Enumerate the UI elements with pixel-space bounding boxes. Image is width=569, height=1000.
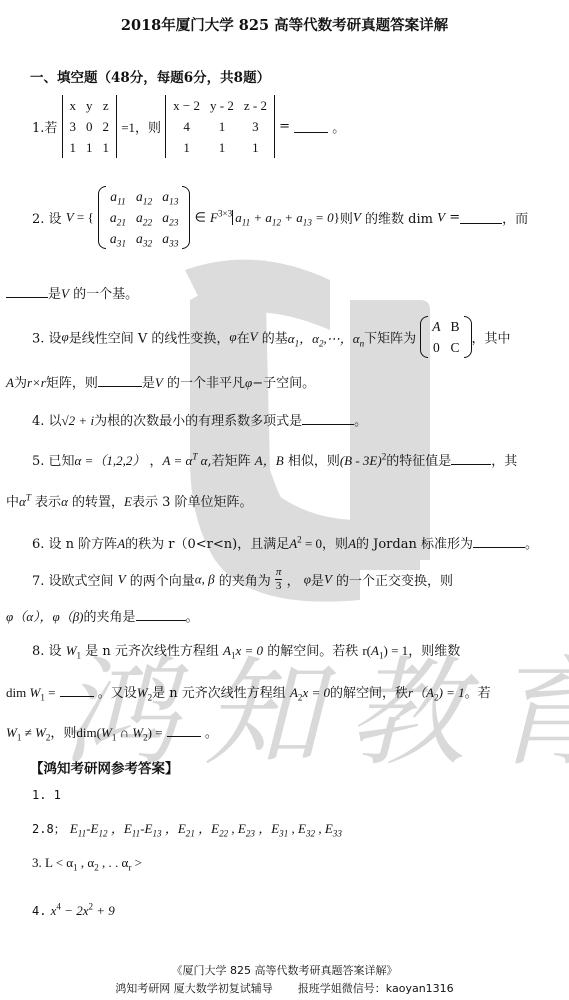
answers-heading: 【鸿知考研网参考答案】 <box>30 757 179 777</box>
q2-V: V <box>66 210 74 225</box>
q1-equals-2: = <box>279 119 290 134</box>
q3-text3: 的基 <box>262 332 288 347</box>
q3-text1: 是线性空间 V 的线性变换， <box>69 332 230 347</box>
q6-cond2: = 0 <box>302 536 322 551</box>
q3-text2: 在 <box>237 332 250 347</box>
answer-4-prefix: 4. <box>32 904 46 918</box>
question-8: 8. 设 W1 是 n 元齐次线性方程组 A1x = 0 的解空间。若秩 r(A… <box>32 640 460 659</box>
q8-rank2: r（A2) = 1 <box>408 685 465 700</box>
q3-line2-text4: 的一个非平凡 <box>167 376 245 391</box>
q8-end: 。 <box>205 726 218 741</box>
q5-alpha-def: α =（1,2,2） <box>75 453 146 468</box>
q2-dim-text: 的维数 dim <box>365 212 433 227</box>
q5-text1: ,若矩阵 <box>208 454 251 469</box>
q1-answer-blank <box>294 120 328 133</box>
question-7: 7. 设欧式空间 V 的两个向量α, β 的夹角为 π3 ， φ是V 的一个正交… <box>32 566 453 593</box>
answer-1: 1. 1 <box>32 788 61 802</box>
q3-block-matrix: AB 0C <box>420 316 471 358</box>
q5-answer-blank <box>451 452 491 465</box>
q6-prefix: 6. 设 n 阶方阵 <box>32 537 117 552</box>
q1-determinant-2: x − 2y - 2z - 2 413 111 <box>165 95 275 158</box>
question-4: 4. 以√2 + i为根的次数最小的有理系数多项式是。 <box>32 410 367 429</box>
q2-tail: ，而 <box>502 212 528 227</box>
q8-text2: 的解空间。若秩 <box>267 644 358 659</box>
q6-text3: 的 Jordan 标准形为 <box>356 537 473 552</box>
q8-line2-text2: 是 n 元齐次线性方程组 <box>152 686 286 701</box>
q3-basis: α1，α2,⋯，αn <box>288 331 364 346</box>
q8-system1: A1x = 0 <box>223 643 263 658</box>
q3-text4: 下矩阵为 <box>364 332 416 347</box>
q8-dim-W1: dim W1 = <box>6 685 55 700</box>
q6-A: A <box>117 536 125 551</box>
q2-condition: a11 + a12 + a13 = 0 <box>232 210 333 225</box>
q5-alphaT: αT <box>19 494 31 509</box>
q2-in: ∈ <box>195 210 206 225</box>
page-title: 2018年厦门大学 825 高等代数考研真题答案详解 <box>0 14 569 35</box>
q6-end: 。 <box>525 537 538 552</box>
q8-text3: ，则维数 <box>408 644 460 659</box>
question-8-line2: dim W1 = 。又设W2是 n 元齐次线性方程组 A2x = 0的解空间，秩… <box>6 682 491 701</box>
q3-answer-blank <box>98 374 142 387</box>
q8-line2-text1: 。又设 <box>98 686 137 701</box>
q3-line2-text3: 是 <box>142 376 155 391</box>
answer-4-poly: x4 − 2x2 + 9 <box>51 903 115 918</box>
q8-system2: A2x = 0 <box>290 685 330 700</box>
q5-text5: ，其 <box>491 454 517 469</box>
q5-text4: 的特征值是 <box>386 454 451 469</box>
question-1: 1.若 xyz 302 111 =1，则 x − 2y - 2z - 2 413… <box>32 95 345 158</box>
question-2: 2. 设 V = { a11a12a13 a21a22a23 a31a32a33… <box>32 186 528 249</box>
footer-contact: 鸿知考研网 厦大数学初复试辅导 报班学姐微信号：kaoyan1316 <box>0 980 569 996</box>
q8-answer-blank-1 <box>60 684 94 697</box>
q8-prefix: 8. 设 <box>32 644 62 659</box>
q7-text2: 的夹角为 <box>219 574 271 589</box>
q4-end: 。 <box>354 414 367 429</box>
q2-matrix: a11a12a13 a21a22a23 a31a32a33 <box>98 186 191 249</box>
q2-V-3: V <box>437 210 445 225</box>
q7-vectors: α, β <box>195 572 215 587</box>
q5-A-def: A = αT α <box>163 453 208 468</box>
q7-prefix: 7. 设欧式空间 <box>32 574 114 589</box>
q7-text1: 的两个向量 <box>130 574 195 589</box>
answer-2-prefix: 2.8； <box>32 822 66 836</box>
q7-V: V <box>118 572 126 587</box>
q2-then: 则 <box>340 212 353 227</box>
q7-phi: φ <box>304 572 311 587</box>
q7-answer-blank <box>136 608 186 621</box>
q5-line2-text1: 中 <box>6 495 19 510</box>
q2-V-2: V <box>353 210 361 225</box>
q7-fraction: π3 <box>275 566 283 593</box>
q8-W2: W2 <box>137 685 152 700</box>
question-7-line2: φ（α），φ（β)的夹角是。 <box>6 606 199 625</box>
q2-end: 的一个基。 <box>73 287 138 302</box>
q5-expr: (B - 3E)2 <box>340 453 386 468</box>
q8-line3-text: ，则 <box>50 726 76 741</box>
q4-prefix: 4. 以 <box>32 414 62 429</box>
q5-AB: A，B <box>255 453 284 468</box>
q5-text3: 相似，则 <box>288 454 340 469</box>
q8-answer-blank-2 <box>167 724 201 737</box>
q5-line2-text3: 的转置， <box>72 495 124 510</box>
question-5: 5. 已知α =（1,2,2） ，A = αT α,若矩阵 A，B 相似，则(B… <box>32 450 517 469</box>
q5-E: E <box>124 494 132 509</box>
q2-field: F3×3 <box>210 210 232 225</box>
q6-text2: ，则 <box>322 537 348 552</box>
q2-answer-blank-1 <box>460 211 502 224</box>
q3-V: V <box>250 329 258 344</box>
q5-prefix: 5. 已知 <box>32 454 75 469</box>
q3-phi-2: φ <box>229 329 236 344</box>
q1-end: 。 <box>332 121 345 136</box>
q4-root: √2 + i <box>62 413 95 428</box>
q5-line2-text4: 表示 3 阶单位矩阵。 <box>132 495 253 510</box>
q4-text: 为根的次数最小的有理系数多项式是 <box>94 414 302 429</box>
q3-V-2: V <box>155 375 163 390</box>
q3-prefix: 3. 设 <box>32 332 62 347</box>
answer-3: 3. L < α1 , α2 , . . αr > <box>32 855 142 871</box>
q3-text5: ，其中 <box>472 332 511 347</box>
q5-alpha: α <box>61 494 68 509</box>
q6-cond: A2 <box>289 536 302 551</box>
q7-line2-expr: φ（α），φ（β) <box>6 609 84 624</box>
q2-is: 是 <box>48 287 61 302</box>
q3-rr: r×r <box>27 375 46 390</box>
q2-prefix: 2. 设 <box>32 212 62 227</box>
q8-neq: W1 ≠ W2 <box>6 725 50 740</box>
q8-W1: W1 <box>66 643 81 658</box>
footer-wechat: 报班学姐微信号：kaoyan1316 <box>298 982 454 995</box>
answer-4: 4. x4 − 2x2 + 9 <box>32 903 115 919</box>
answer-2-basis: E11-E12 ，E11-E13 ，E21 ，E22 , E23 ，E31 , … <box>70 821 342 836</box>
q7-line2-text: 的夹角是 <box>84 610 136 625</box>
q1-determinant-1: xyz 302 111 <box>62 95 118 158</box>
section-heading: 一、填空题（48分，每题6分，共8题） <box>30 66 270 86</box>
q6-A-2: A <box>348 536 356 551</box>
q6-answer-blank <box>473 535 525 548</box>
q3-line2-text5: −子空间。 <box>252 376 315 391</box>
question-5-line2: 中αT 表示α 的转置，E表示 3 阶单位矩阵。 <box>6 491 253 510</box>
q2-set-open: = { <box>74 210 94 225</box>
q8-rank1: r(A1) = 1 <box>362 643 408 658</box>
q1-equals: =1，则 <box>121 120 161 135</box>
q8-text1: 是 n 元齐次线性方程组 <box>85 644 219 659</box>
q7-text4: 是 <box>311 574 324 589</box>
q8-line2-text4: 。若 <box>465 686 491 701</box>
question-6: 6. 设 n 阶方阵A的秩为 r（0<r<n)，且满足A2 = 0，则A的 Jo… <box>32 533 538 552</box>
q3-line2-text1: 为 <box>14 376 27 391</box>
q1-prefix: 1.若 <box>32 121 57 136</box>
q2-V-4: V <box>61 286 69 301</box>
q4-answer-blank <box>302 412 354 425</box>
q2-eq: = <box>449 210 460 225</box>
answer-2: 2.8； E11-E12 ，E11-E13 ，E21 ，E22 , E23 ，E… <box>32 818 342 837</box>
q8-dim-cap: dim(W1 ∩ W2) = <box>76 725 162 740</box>
q3-A: A <box>6 375 14 390</box>
q3-line2-text2: 矩阵，则 <box>46 376 98 391</box>
q6-text1: 的秩为 r（0<r<n)，且满足 <box>125 537 289 552</box>
footer-title: 《厦门大学 825 高等代数考研真题答案详解》 <box>0 962 569 978</box>
q7-text5: 的一个正交变换，则 <box>336 574 453 589</box>
question-3-line2: A为r×r矩阵，则是V 的一个非平凡φ−子空间。 <box>6 372 315 391</box>
footer-left: 鸿知考研网 厦大数学初复试辅导 <box>115 982 273 995</box>
question-8-line3: W1 ≠ W2，则dim(W1 ∩ W2) = 。 <box>6 722 218 741</box>
q3-phi: φ <box>62 329 69 344</box>
q7-V-2: V <box>324 572 332 587</box>
q7-end: 。 <box>186 610 199 625</box>
q5-line2-text2: 表示 <box>35 495 61 510</box>
q2-answer-blank-2 <box>6 285 48 298</box>
q7-text3: ， <box>287 574 300 589</box>
q8-line2-text3: 的解空间，秩 <box>330 686 408 701</box>
question-3: 3. 设φ是线性空间 V 的线性变换，φ在V 的基α1，α2,⋯，αn下矩阵为 … <box>32 316 511 358</box>
document-page: 2018年厦门大学 825 高等代数考研真题答案详解 一、填空题（48分，每题6… <box>0 0 569 1000</box>
question-2-line2: 是V 的一个基。 <box>6 283 138 302</box>
